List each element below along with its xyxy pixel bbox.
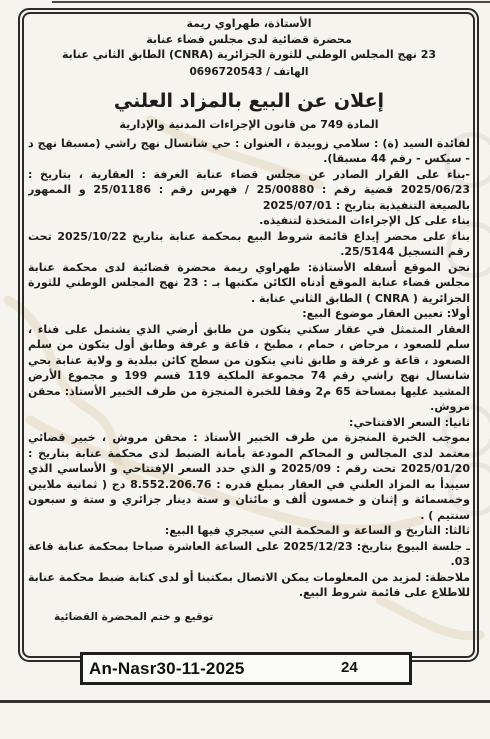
section-heading-date: ثالثا: التاريخ و الساعة و المحكمة التي س…	[28, 523, 470, 539]
office-address: 23 نهج المجلس الوطني للثورة الجزائرية (C…	[28, 47, 470, 63]
attorney-name: الأستاذة، طهراوي ريمة	[28, 16, 470, 32]
body-paragraph-property-description: العقار المتمثل في عقار سكني يتكون من طاب…	[28, 322, 470, 415]
phone-number: الهاتف / 0696720543	[28, 65, 470, 79]
body-paragraph-beneficiary: لفائدة السيد (ة) : سلامي زوبيدة ، العنوا…	[28, 136, 470, 167]
page-number: 24	[341, 659, 358, 676]
body-paragraph-bailiff-statement: نحن الموقع أسفله الأستاذة: طهراوي ريمة م…	[28, 260, 470, 307]
announcement-title: إعلان عن البيع بالمزاد العلني	[28, 89, 470, 113]
attorney-role: محضرة قضائية لدى مجلس قضاء عنابة	[28, 32, 470, 48]
newspaper-name-date: An-Nasr30-11-2025	[83, 659, 245, 679]
announcement-body: لفائدة السيد (ة) : سلامي زوبيدة ، العنوا…	[28, 136, 470, 601]
announcement-content: الأستاذة، طهراوي ريمة محضرة قضائية لدى م…	[28, 16, 470, 652]
top-scan-rule	[52, 1, 490, 3]
signature-stamp-note: توقيع و ختم المحضرة القضائية	[28, 611, 470, 623]
body-paragraph-note: ملاحظة: لمزيد من المعلومات يمكن الاتصال …	[28, 570, 470, 601]
body-paragraph-deposit-record: بناء على محضر إيداع قائمة شروط البيع بمح…	[28, 229, 470, 260]
body-paragraph-price-details: بموجب الخبرة المنجزة من طرف الخبير الأست…	[28, 430, 470, 523]
newspaper-footer-box: An-Nasr30-11-2025 24	[80, 652, 412, 685]
newspaper-scan-page: الأستاذة، طهراوي ريمة محضرة قضائية لدى م…	[0, 0, 490, 739]
section-heading-price: ثانيا: السعر الافتتاحي:	[28, 415, 470, 431]
section-heading-property: أولا: تعيين العقار موضوع البيع:	[28, 306, 470, 322]
law-reference: المادة 749 من قانون الإجراءات المدنية وا…	[28, 117, 470, 132]
body-paragraph-session-date: ـ جلسة البيوع بتاريخ: 2025/12/23 على الس…	[28, 539, 470, 570]
bottom-scan-rule	[0, 700, 490, 703]
body-paragraph-court-decision: -بناء على القرار الصادر عن مجلس قضاء عنا…	[28, 167, 470, 214]
body-paragraph-procedures: بناء على كل الإجراءات المتخذة لتنفيذه.	[28, 213, 470, 229]
